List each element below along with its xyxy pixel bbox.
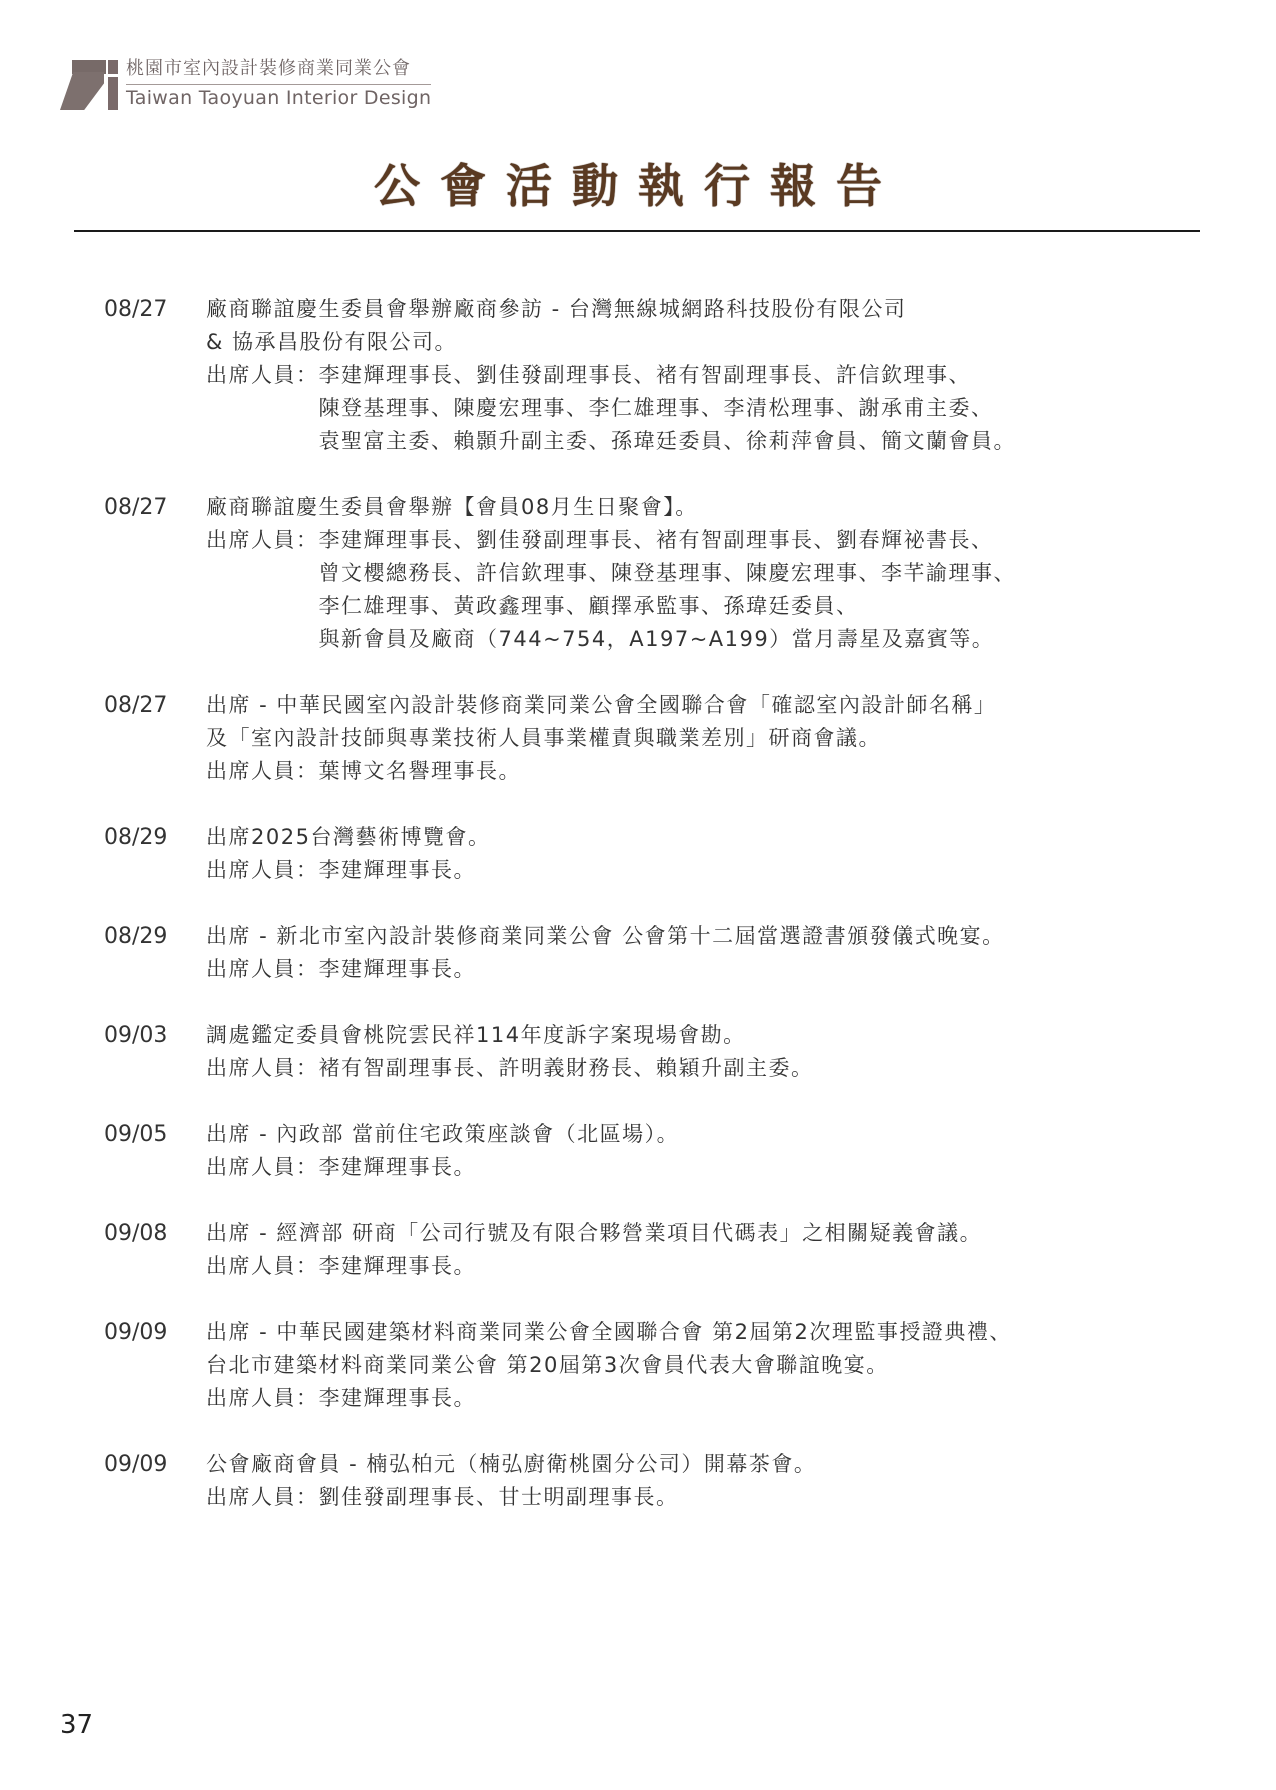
entry-description: 公會廠商會員 - 楠弘柏元（楠弘廚衛桃園分公司）開幕茶會。 xyxy=(206,1448,1224,1481)
entry-date: 08/29 xyxy=(104,920,206,986)
entry-description: 出席 - 經濟部 研商「公司行號及有限合夥營業項目代碼表」之相關疑義會議。 xyxy=(206,1217,1224,1250)
entry-description: 出席 - 新北市室內設計裝修商業同業公會 公會第十二屆當選證書頒發儀式晚宴。 xyxy=(206,920,1224,953)
activity-entry: 09/09 公會廠商會員 - 楠弘柏元（楠弘廚衛桃園分公司）開幕茶會。 出席人員… xyxy=(104,1448,1224,1514)
attendee-names: 陳登基理事、陳慶宏理事、李仁雄理事、李清松理事、謝承甫主委、 xyxy=(319,392,1017,425)
org-logo: 桃園市室內設計裝修商業同業公會 Taiwan Taoyuan Interior … xyxy=(60,56,431,112)
attendees: 出席人員： 李建輝理事長。 xyxy=(206,953,1224,986)
attendees: 出席人員： 李建輝理事長。 xyxy=(206,854,1224,887)
attendee-names: 劉佳發副理事長、甘士明副理事長。 xyxy=(319,1481,679,1514)
page-title: 公會活動執行報告 xyxy=(0,150,1276,216)
entry-description: 廠商聯誼慶生委員會舉辦廠商參訪 - 台灣無線城網路科技股份有限公司 xyxy=(206,293,1224,326)
attendees: 出席人員： 劉佳發副理事長、甘士明副理事長。 xyxy=(206,1481,1224,1514)
attendee-names: 李建輝理事長。 xyxy=(319,1250,477,1283)
entry-description: 台北市建築材料商業同業公會 第20屆第3次會員代表大會聯誼晚宴。 xyxy=(206,1349,1224,1382)
attendee-names: 與新會員及廠商（744~754，A197~A199）當月壽星及嘉賓等。 xyxy=(319,623,1017,656)
attendee-names: 李建輝理事長、劉佳發副理事長、褚有智副理事長、許信欽理事、 xyxy=(319,359,1017,392)
entry-date: 08/27 xyxy=(104,689,206,788)
attendee-label: 出席人員： xyxy=(206,1382,319,1415)
page-number: 37 xyxy=(60,1710,93,1740)
activity-entry: 09/08 出席 - 經濟部 研商「公司行號及有限合夥營業項目代碼表」之相關疑義… xyxy=(104,1217,1224,1283)
org-name-zh: 桃園市室內設計裝修商業同業公會 xyxy=(126,57,431,85)
attendee-label: 出席人員： xyxy=(206,854,319,887)
entry-date: 09/03 xyxy=(104,1019,206,1085)
attendee-names: 曾文櫻總務長、許信欽理事、陳登基理事、陳慶宏理事、李芊諭理事、 xyxy=(319,557,1017,590)
attendee-names: 李建輝理事長。 xyxy=(319,1151,477,1184)
attendee-label: 出席人員： xyxy=(206,1151,319,1184)
attendee-names: 李建輝理事長。 xyxy=(319,854,477,887)
activity-entry: 08/27 廠商聯誼慶生委員會舉辦廠商參訪 - 台灣無線城網路科技股份有限公司 … xyxy=(104,293,1224,458)
entry-description: 出席 - 內政部 當前住宅政策座談會（北區場）。 xyxy=(206,1118,1224,1151)
entry-description: 出席2025台灣藝術博覽會。 xyxy=(206,821,1224,854)
entry-date: 09/09 xyxy=(104,1316,206,1415)
attendee-names: 袁聖富主委、賴顥升副主委、孫瑋廷委員、徐莉萍會員、簡文蘭會員。 xyxy=(319,425,1017,458)
attendees: 出席人員： 李建輝理事長、劉佳發副理事長、褚有智副理事長、許信欽理事、 陳登基理… xyxy=(206,359,1224,458)
attendee-label: 出席人員： xyxy=(206,755,319,788)
attendee-names: 李建輝理事長。 xyxy=(319,953,477,986)
org-name-en: Taiwan Taoyuan Interior Design xyxy=(126,85,431,111)
activity-entry: 09/05 出席 - 內政部 當前住宅政策座談會（北區場）。 出席人員： 李建輝… xyxy=(104,1118,1224,1184)
attendee-names: 李仁雄理事、黃政鑫理事、顧擇承監事、孫瑋廷委員、 xyxy=(319,590,1017,623)
attendee-names: 褚有智副理事長、許明義財務長、賴穎升副主委。 xyxy=(319,1052,814,1085)
entry-description: 及「室內設計技師與專業技術人員事業權責與職業差別」研商會議。 xyxy=(206,722,1224,755)
attendees: 出席人員： 褚有智副理事長、許明義財務長、賴穎升副主委。 xyxy=(206,1052,1224,1085)
entry-description: 廠商聯誼慶生委員會舉辦【會員08月生日聚會】。 xyxy=(206,491,1224,524)
attendees: 出席人員： 葉博文名譽理事長。 xyxy=(206,755,1224,788)
entry-date: 09/05 xyxy=(104,1118,206,1184)
attendee-names: 李建輝理事長、劉佳發副理事長、褚有智副理事長、劉春輝祕書長、 xyxy=(319,524,1017,557)
entry-date: 08/27 xyxy=(104,293,206,458)
entry-date: 09/08 xyxy=(104,1217,206,1283)
attendees: 出席人員： 李建輝理事長。 xyxy=(206,1382,1224,1415)
attendees: 出席人員： 李建輝理事長。 xyxy=(206,1151,1224,1184)
activity-entry: 08/27 出席 - 中華民國室內設計裝修商業同業公會全國聯合會「確認室內設計師… xyxy=(104,689,1224,788)
attendees: 出席人員： 李建輝理事長。 xyxy=(206,1250,1224,1283)
attendee-label: 出席人員： xyxy=(206,524,319,656)
activity-entry: 08/27 廠商聯誼慶生委員會舉辦【會員08月生日聚會】。 出席人員： 李建輝理… xyxy=(104,491,1224,656)
entry-date: 08/29 xyxy=(104,821,206,887)
activity-entry: 09/03 調處鑑定委員會桃院雲民祥114年度訴字案現場會勘。 出席人員： 褚有… xyxy=(104,1019,1224,1085)
entry-description: 出席 - 中華民國建築材料商業同業公會全國聯合會 第2屆第2次理監事授證典禮、 xyxy=(206,1316,1224,1349)
title-divider xyxy=(74,230,1200,232)
entry-description: 出席 - 中華民國室內設計裝修商業同業公會全國聯合會「確認室內設計師名稱」 xyxy=(206,689,1224,722)
activity-entry: 08/29 出席 - 新北市室內設計裝修商業同業公會 公會第十二屆當選證書頒發儀… xyxy=(104,920,1224,986)
activity-entry: 08/29 出席2025台灣藝術博覽會。 出席人員： 李建輝理事長。 xyxy=(104,821,1224,887)
attendee-names: 李建輝理事長。 xyxy=(319,1382,477,1415)
entry-description: & 協承昌股份有限公司。 xyxy=(206,326,1224,359)
entry-date: 08/27 xyxy=(104,491,206,656)
attendee-label: 出席人員： xyxy=(206,1250,319,1283)
attendee-label: 出席人員： xyxy=(206,359,319,458)
activity-list: 08/27 廠商聯誼慶生委員會舉辦廠商參訪 - 台灣無線城網路科技股份有限公司 … xyxy=(104,293,1224,1547)
entry-description: 調處鑑定委員會桃院雲民祥114年度訴字案現場會勘。 xyxy=(206,1019,1224,1052)
activity-entry: 09/09 出席 - 中華民國建築材料商業同業公會全國聯合會 第2屆第2次理監事… xyxy=(104,1316,1224,1415)
attendee-names: 葉博文名譽理事長。 xyxy=(319,755,522,788)
attendee-label: 出席人員： xyxy=(206,953,319,986)
org-logo-icon xyxy=(60,56,118,112)
attendee-label: 出席人員： xyxy=(206,1052,319,1085)
attendees: 出席人員： 李建輝理事長、劉佳發副理事長、褚有智副理事長、劉春輝祕書長、 曾文櫻… xyxy=(206,524,1224,656)
attendee-label: 出席人員： xyxy=(206,1481,319,1514)
entry-date: 09/09 xyxy=(104,1448,206,1514)
